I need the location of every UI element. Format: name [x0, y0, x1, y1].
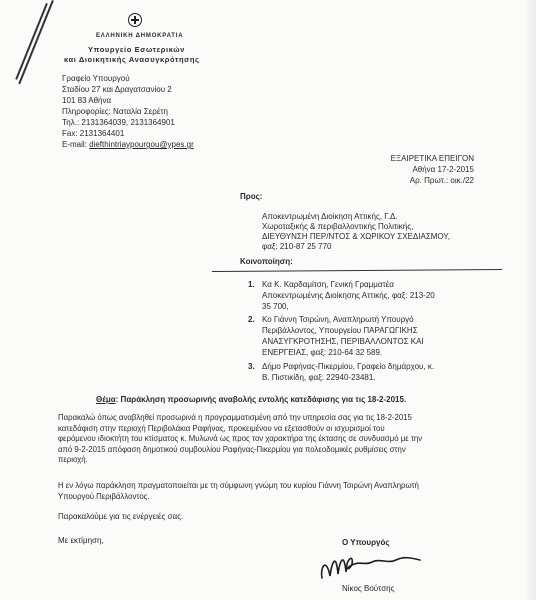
subject-line: Θέμα: Παράκληση προσωρινής αναβολής εντο…	[96, 395, 406, 405]
divider-line	[212, 269, 502, 272]
body-line: Υπουργού Περιβάλλοντος.	[58, 492, 480, 503]
recipient-line: φαξ: 210-87 25 770	[262, 242, 331, 252]
closing-salutation: Με εκτίμηση,	[58, 536, 104, 546]
body-line: Παρακαλώ όπως αναβληθεί προσωρινά η προγ…	[58, 413, 480, 424]
sender-phone: Τηλ.: 2131364039, 2131364901	[62, 118, 175, 128]
protocol-number: Αρ. Πρωτ.: οικ./22	[410, 176, 474, 186]
cc-label: Κοινοποίηση:	[240, 257, 293, 267]
state-name: ΕΛΛΗΝΙΚΗ ΔΗΜΟΚΡΑΤΙΑ	[96, 33, 183, 39]
cc-item-line: ΑΝΑΣΥΓΚΡΟΤΗΣΗΣ, ΠΕΡΙΒΑΛΛΟΝΤΟΣ ΚΑΙ	[262, 337, 424, 347]
scanned-letter-page: ΕΛΛΗΝΙΚΗ ΔΗΜΟΚΡΑΤΙΑ Υπουργείο Εσωτερικών…	[0, 0, 536, 600]
cc-item-line: 35 700,	[262, 302, 289, 312]
body-line: φερόμενου ιδιοκτήτη του κτίσματος κ. Μυλ…	[58, 434, 480, 445]
signatory-name: Νίκος Βούτσης	[342, 584, 394, 594]
sender-email-row: E-mail: diefthintriaypourgou@ypes.gr	[62, 140, 194, 150]
body-line: περιοχή.	[58, 455, 480, 466]
body-line: κατεδάφιση στην περιοχή Περιβολάκια Ραφή…	[58, 424, 480, 435]
body-paragraph-3: Παρακαλούμε για τις ενέργειές σας.	[58, 512, 183, 522]
sender-fax: Fax: 2131364401	[62, 129, 124, 139]
signatory-title: Ο Υπουργός	[342, 538, 390, 548]
recipient-line: ΔΙΕΥΘΥΝΣΗ ΠΕΡ/ΝΤΟΣ & ΧΩΡΙΚΟΥ ΣΧΕΔΙΑΣΜΟΥ,	[262, 232, 450, 242]
cc-item-line: Β. Πιστικίδη, φαξ: 22940-23481.	[262, 373, 376, 383]
sender-info: Πληροφορίες: Ναταλία Σερέτη	[62, 107, 168, 117]
cc-item-number: 3.	[248, 362, 255, 371]
greek-coat-of-arms-icon	[128, 13, 142, 27]
pen-stroke-mark	[18, 0, 53, 84]
urgency-label: ΕΞΑΙΡΕΤΙΚΑ ΕΠΕΙΓΟΝ	[391, 154, 474, 164]
subject-text: : Παράκληση προσωρινής αναβολής εντολής …	[116, 395, 407, 404]
subject-label: Θέμα	[96, 395, 116, 404]
cc-item-line: Κα Κ. Καρδαμίτση, Γενική Γραμματέα	[262, 280, 394, 290]
ministry-name-line2: και Διοικητικής Ανασυγκρότησης	[64, 55, 200, 64]
body-paragraph-1: Παρακαλώ όπως αναβληθεί προσωρινά η προγ…	[58, 413, 480, 466]
cc-item-line: Περιβάλλοντος, Υπουργείου ΠΑΡΑΓΩΓΙΚΗΣ	[262, 326, 418, 336]
scan-edge-shadow	[524, 0, 536, 600]
cc-item-line: Δήμο Ραφήνας-Πικερμίου, Γραφείο δημάρχου…	[262, 362, 434, 372]
cc-item-number: 1.	[248, 280, 255, 289]
email-link[interactable]: diefthintriaypourgou@ypes.gr	[89, 140, 194, 149]
sender-address: Σταδίου 27 και Δραγατσανίου 2	[62, 85, 172, 95]
body-line: Η εν λόγω παράκληση πραγματοποιείται με …	[58, 481, 480, 492]
sender-office: Γραφείο Υπουργού	[62, 74, 130, 84]
email-label: E-mail:	[62, 140, 89, 149]
handwritten-signature	[316, 548, 426, 584]
recipient-line: Χωροταξικής & περιβαλλοντικής Πολιτικής,	[262, 222, 413, 232]
cc-item-line: Κο Γιάννη Τσιρώνη, Αναπληρωτή Υπουργό	[262, 315, 414, 325]
ministry-name-line1: Υπουργείο Εσωτερικών	[88, 45, 185, 54]
cc-item-number: 2.	[248, 315, 255, 324]
cc-item-line: Αποκεντρωμένης Διοίκησης Αττικής, φαξ: 2…	[262, 291, 435, 301]
cc-item-line: ΕΝΕΡΓΕΙΑΣ, φαξ: 210-64 32 589.	[262, 348, 382, 358]
letter-date: Αθήνα 17-2-2015	[412, 165, 474, 175]
sender-postal: 101 83 Αθήνα	[62, 96, 111, 106]
body-paragraph-2: Η εν λόγω παράκληση πραγματοποιείται με …	[58, 481, 480, 502]
recipient-line: Αποκεντρωμένη Διοίκηση Αττικής, Γ.Δ.	[262, 212, 398, 222]
recipient-label: Προς:	[240, 192, 262, 202]
body-line: από 9-2-2015 απόφαση δημοτικού συμβουλίο…	[58, 445, 480, 456]
pen-stroke-mark	[15, 3, 47, 80]
